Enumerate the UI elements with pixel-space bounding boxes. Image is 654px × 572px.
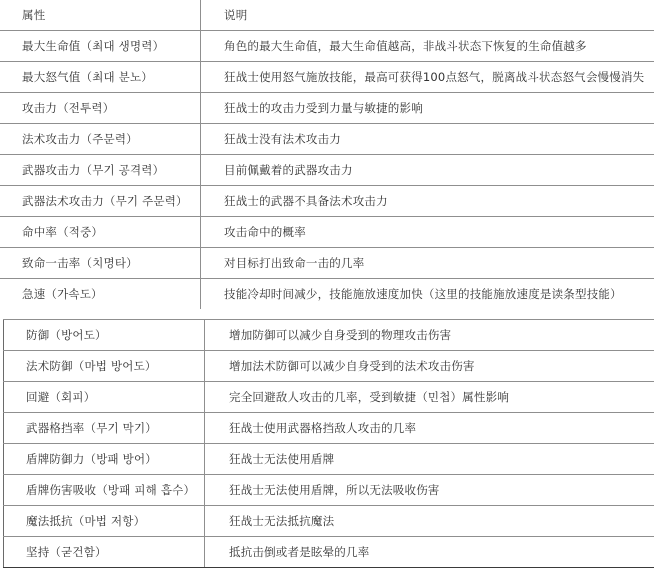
attribute-cell: 防御（방어도）	[4, 320, 205, 351]
table-row: 武器法术攻击力（무기 주문력）狂战士的武器不具备法术攻击力	[0, 186, 654, 217]
table-row: 盾牌伤害吸收（방패 피해 흡수）狂战士无法使用盾牌，所以无法吸收伤害	[4, 475, 654, 506]
table-row: 攻击力（전투력）狂战士的攻击力受到力量与敏捷的影响	[0, 93, 654, 124]
table-row: 法术攻击力（주문력）狂战士没有法术攻击力	[0, 124, 654, 155]
attribute-table-offense: 属性 说明 最大生命值（최대 생명력）角色的最大生命值，最大生命值越高，非战斗状…	[0, 0, 654, 309]
attribute-cell: 最大怒气值（최대 분노）	[0, 62, 201, 93]
table-row: 法术防御（마법 방어도）增加法术防御可以减少自身受到的法术攻击伤害	[4, 351, 654, 382]
attribute-cell: 命中率（적중）	[0, 217, 201, 248]
table-row: 最大生命值（최대 생명력）角色的最大生命值，最大生命值越高，非战斗状态下恢复的生…	[0, 31, 654, 62]
description-cell: 狂战士使用怒气施放技能，最高可获得100点怒气，脱离战斗状态怒气会慢慢消失	[201, 62, 654, 93]
description-cell: 对目标打出致命一击的几率	[201, 248, 654, 279]
attribute-table-defense: 防御（방어도）增加防御可以减少自身受到的物理攻击伤害 法术防御（마법 방어도）增…	[3, 319, 654, 568]
table-row: 武器格挡率（무기 막기）狂战士使用武器格挡敌人攻击的几率	[4, 413, 654, 444]
attribute-cell: 武器攻击力（무기 공격력）	[0, 155, 201, 186]
description-cell: 增加法术防御可以减少自身受到的法术攻击伤害	[205, 351, 654, 382]
description-cell: 狂战士无法抵抗魔法	[205, 506, 654, 537]
attribute-cell: 法术防御（마법 방어도）	[4, 351, 205, 382]
description-cell: 攻击命中的概率	[201, 217, 654, 248]
description-cell: 狂战士的武器不具备法术攻击力	[201, 186, 654, 217]
table-row: 最大怒气值（최대 분노）狂战士使用怒气施放技能，最高可获得100点怒气，脱离战斗…	[0, 62, 654, 93]
attribute-cell: 武器法术攻击力（무기 주문력）	[0, 186, 201, 217]
description-cell: 狂战士使用武器格挡敌人攻击的几率	[205, 413, 654, 444]
description-cell: 狂战士无法使用盾牌	[205, 444, 654, 475]
attribute-cell: 盾牌防御力（방패 방어）	[4, 444, 205, 475]
description-cell: 目前佩戴着的武器攻击力	[201, 155, 654, 186]
table-header-row: 属性 说明	[0, 0, 654, 31]
attribute-cell: 武器格挡率（무기 막기）	[4, 413, 205, 444]
table-row: 命中率（적중）攻击命中的概率	[0, 217, 654, 248]
attribute-cell: 法术攻击力（주문력）	[0, 124, 201, 155]
table-row: 急速（가속도）技能冷却时间减少，技能施放速度加快（这里的技能施放速度是读条型技能…	[0, 279, 654, 310]
attribute-cell: 回避（회피）	[4, 382, 205, 413]
header-description: 说明	[201, 0, 654, 31]
table-row: 致命一击率（치명타）对目标打出致命一击的几率	[0, 248, 654, 279]
attribute-cell: 坚持（굳건함）	[4, 537, 205, 568]
attribute-cell: 最大生命值（최대 생명력）	[0, 31, 201, 62]
attribute-cell: 攻击力（전투력）	[0, 93, 201, 124]
description-cell: 狂战士无法使用盾牌，所以无法吸收伤害	[205, 475, 654, 506]
table-row: 回避（회피）完全回避敌人攻击的几率，受到敏捷（민첩）属性影响	[4, 382, 654, 413]
attribute-cell: 急速（가속도）	[0, 279, 201, 310]
description-cell: 狂战士没有法术攻击力	[201, 124, 654, 155]
attribute-cell: 盾牌伤害吸收（방패 피해 흡수）	[4, 475, 205, 506]
description-cell: 狂战士的攻击力受到力量与敏捷的影响	[201, 93, 654, 124]
attribute-cell: 魔法抵抗（마법 저항）	[4, 506, 205, 537]
table-row: 防御（방어도）增加防御可以减少自身受到的物理攻击伤害	[4, 320, 654, 351]
table-row: 盾牌防御力（방패 방어）狂战士无法使用盾牌	[4, 444, 654, 475]
description-cell: 技能冷却时间减少，技能施放速度加快（这里的技能施放速度是读条型技能）	[201, 279, 654, 310]
description-cell: 角色的最大生命值，最大生命值越高，非战斗状态下恢复的生命值越多	[201, 31, 654, 62]
table-row: 坚持（굳건함）抵抗击倒或者是眩晕的几率	[4, 537, 654, 568]
table-row: 魔法抵抗（마법 저항）狂战士无法抵抗魔法	[4, 506, 654, 537]
description-cell: 完全回避敌人攻击的几率，受到敏捷（민첩）属性影响	[205, 382, 654, 413]
description-cell: 抵抗击倒或者是眩晕的几率	[205, 537, 654, 568]
description-cell: 增加防御可以减少自身受到的物理攻击伤害	[205, 320, 654, 351]
table-row: 武器攻击力（무기 공격력）目前佩戴着的武器攻击力	[0, 155, 654, 186]
attribute-cell: 致命一击率（치명타）	[0, 248, 201, 279]
header-attribute: 属性	[0, 0, 201, 31]
